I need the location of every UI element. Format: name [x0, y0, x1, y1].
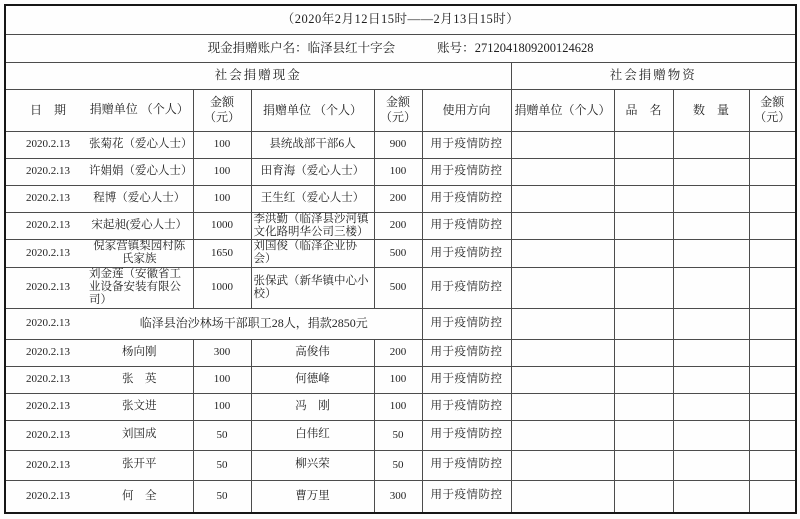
goods-qty-cell — [673, 212, 749, 239]
header-goods-donor: 捐赠单位（个人） — [511, 89, 614, 131]
donor2-cell: 田育海（爱心人士） — [251, 158, 374, 185]
table-row: 2020.2.13宋起昶(爱心人士） 1000 李洪勤（临泽县沙河镇文化路明华公… — [5, 212, 796, 239]
table-row: 2020.2.13倪家营镇梨园村陈氏家族 1650 刘国俊（临泽企业协会） 50… — [5, 239, 796, 267]
donor2-cell: 冯 刚 — [251, 393, 374, 420]
goods-item-cell — [614, 450, 673, 480]
account-name: 临泽县红十字会 — [308, 41, 396, 56]
amount-cell: 1650 — [193, 239, 251, 267]
goods-item-cell — [614, 239, 673, 267]
goods-amount-cell — [749, 450, 796, 480]
goods-qty-cell — [673, 480, 749, 513]
donor: 张菊花（爱心人士） — [88, 138, 191, 151]
table-row: 2020.2.13张开平 50 柳兴荣 50 用于疫情防控 — [5, 450, 796, 480]
donor2-cell: 曹万里 — [251, 480, 374, 513]
date: 2020.2.13 — [8, 219, 88, 232]
header-goods-item: 品 名 — [614, 89, 673, 131]
column-header-row: 日 期 捐赠单位 （个人） 金额 （元） 捐赠单位 （个人） 金额 （元） 使用… — [5, 89, 796, 131]
date: 2020.2.13 — [8, 165, 88, 178]
donor: 张 英 — [88, 373, 191, 386]
usage-cell: 用于疫情防控 — [422, 393, 511, 420]
header-date: 日 期 — [8, 103, 88, 117]
amount2-cell: 100 — [374, 393, 422, 420]
header-usage: 使用方向 — [422, 89, 511, 131]
donor: 刘金莲（安徽省工业设备安装有限公司） — [88, 268, 191, 308]
donor: 程博（爱心人士） — [88, 192, 191, 205]
section-goods-header: 社会捐赠物资 — [511, 62, 796, 89]
goods-amount-cell — [749, 158, 796, 185]
goods-donor-cell — [511, 339, 614, 366]
goods-donor-cell — [511, 239, 614, 267]
goods-item-cell — [614, 267, 673, 308]
usage-cell: 用于疫情防控 — [422, 420, 511, 450]
amount-cell: 1000 — [193, 212, 251, 239]
header-donor: 捐赠单位 （个人） — [88, 103, 191, 117]
merged-donation-row: 2020.2.13 临泽县治沙林场干部职工28人，捐款2850元 用于疫情防控 — [5, 308, 796, 339]
account-name-label: 现金捐赠账户名： — [208, 41, 308, 56]
amount2-cell: 200 — [374, 185, 422, 212]
date-donor-cell: 2020.2.13刘国成 — [5, 420, 193, 450]
amount-cell: 50 — [193, 450, 251, 480]
donor: 倪家营镇梨园村陈氏家族 — [88, 240, 191, 266]
goods-qty-cell — [673, 131, 749, 158]
goods-amount-cell — [749, 212, 796, 239]
donor: 宋起昶(爱心人士） — [88, 219, 191, 232]
goods-amount-cell — [749, 339, 796, 366]
goods-amount-cell — [749, 185, 796, 212]
usage-cell: 用于疫情防控 — [422, 267, 511, 308]
donor: 杨向刚 — [88, 346, 191, 359]
goods-item-cell — [614, 339, 673, 366]
goods-donor-cell — [511, 267, 614, 308]
table-row: 2020.2.13张文进 100 冯 刚 100 用于疫情防控 — [5, 393, 796, 420]
period-row: （2020年2月12日15时——2月13日15时） — [5, 5, 796, 34]
amount-cell: 100 — [193, 158, 251, 185]
date-donor-cell: 2020.2.13张菊花（爱心人士） — [5, 131, 193, 158]
donor2-cell: 白伟红 — [251, 420, 374, 450]
date: 2020.2.13 — [8, 459, 88, 472]
amount-cell: 300 — [193, 339, 251, 366]
goods-amount-cell — [749, 308, 796, 339]
amount-cell: 50 — [193, 480, 251, 513]
goods-item-cell — [614, 158, 673, 185]
amount2-cell: 200 — [374, 212, 422, 239]
date-donor-cell: 2020.2.13许娟娟（爱心人士） — [5, 158, 193, 185]
donor2-cell: 王生红（爱心人士） — [251, 185, 374, 212]
goods-qty-cell — [673, 308, 749, 339]
date: 2020.2.13 — [8, 400, 88, 413]
amount-cell: 100 — [193, 393, 251, 420]
date-donor-cell: 2020.2.13张文进 — [5, 393, 193, 420]
goods-donor-cell — [511, 366, 614, 393]
date: 2020.2.13 — [8, 490, 88, 503]
goods-item-cell — [614, 480, 673, 513]
goods-qty-cell — [673, 420, 749, 450]
goods-qty-cell — [673, 339, 749, 366]
usage-cell: 用于疫情防控 — [422, 366, 511, 393]
goods-donor-cell — [511, 212, 614, 239]
section-header-row: 社会捐赠现金 社会捐赠物资 — [5, 62, 796, 89]
usage-cell: 用于疫情防控 — [422, 239, 511, 267]
date-donor-cell: 2020.2.13程博（爱心人士） — [5, 185, 193, 212]
table-row: 2020.2.13杨向刚 300 高俊伟 200 用于疫情防控 — [5, 339, 796, 366]
date-donor-cell: 2020.2.13宋起昶(爱心人士） — [5, 212, 193, 239]
usage-cell: 用于疫情防控 — [422, 308, 511, 339]
date: 2020.2.13 — [8, 429, 88, 442]
date-donor-cell: 2020.2.13倪家营镇梨园村陈氏家族 — [5, 239, 193, 267]
goods-amount-cell — [749, 131, 796, 158]
amount2-cell: 100 — [374, 158, 422, 185]
goods-qty-cell — [673, 267, 749, 308]
donation-record-page: （2020年2月12日15时——2月13日15时） 现金捐赠账户名：临泽县红十字… — [0, 0, 800, 519]
merged-date-text-cell: 2020.2.13 临泽县治沙林场干部职工28人，捐款2850元 — [5, 308, 422, 339]
amount2-cell: 500 — [374, 267, 422, 308]
amount2-cell: 500 — [374, 239, 422, 267]
account-number-label: 账号： — [437, 41, 475, 56]
date-donor-cell: 2020.2.13何 全 — [5, 480, 193, 513]
table-row: 2020.2.13张菊花（爱心人士） 100 县统战部干部6人 900 用于疫情… — [5, 131, 796, 158]
goods-amount-cell — [749, 239, 796, 267]
amount-cell: 100 — [193, 185, 251, 212]
goods-qty-cell — [673, 393, 749, 420]
account-cell: 现金捐赠账户名：临泽县红十字会账号：2712041809200124628 — [5, 34, 796, 62]
goods-qty-cell — [673, 366, 749, 393]
donor2-cell: 张保武（新华镇中心小校） — [251, 267, 374, 308]
goods-amount-cell — [749, 393, 796, 420]
donor2-cell: 县统战部干部6人 — [251, 131, 374, 158]
header-goods-qty: 数 量 — [673, 89, 749, 131]
header-amount-cash1: 金额 （元） — [193, 89, 251, 131]
goods-qty-cell — [673, 158, 749, 185]
goods-item-cell — [614, 185, 673, 212]
section-cash-header: 社会捐赠现金 — [5, 62, 511, 89]
goods-donor-cell — [511, 185, 614, 212]
goods-donor-cell — [511, 158, 614, 185]
date: 2020.2.13 — [8, 192, 88, 205]
goods-item-cell — [614, 212, 673, 239]
date: 2020.2.13 — [8, 281, 88, 294]
goods-amount-cell — [749, 267, 796, 308]
header-amount-cash2: 金额 （元） — [374, 89, 422, 131]
goods-donor-cell — [511, 450, 614, 480]
amount2-cell: 100 — [374, 366, 422, 393]
amount2-cell: 50 — [374, 420, 422, 450]
date-donor-cell: 2020.2.13刘金莲（安徽省工业设备安装有限公司） — [5, 267, 193, 308]
goods-amount-cell — [749, 420, 796, 450]
usage-cell: 用于疫情防控 — [422, 339, 511, 366]
date: 2020.2.13 — [8, 346, 88, 359]
donor: 张文进 — [88, 400, 191, 413]
goods-item-cell — [614, 308, 673, 339]
date: 2020.2.13 — [8, 138, 88, 151]
amount-cell: 50 — [193, 420, 251, 450]
table-row: 2020.2.13刘金莲（安徽省工业设备安装有限公司） 1000 张保武（新华镇… — [5, 267, 796, 308]
goods-item-cell — [614, 366, 673, 393]
donor2-cell: 柳兴荣 — [251, 450, 374, 480]
date-donor-cell: 2020.2.13杨向刚 — [5, 339, 193, 366]
amount2-cell: 900 — [374, 131, 422, 158]
goods-donor-cell — [511, 131, 614, 158]
table-row: 2020.2.13刘国成 50 白伟红 50 用于疫情防控 — [5, 420, 796, 450]
amount-cell: 100 — [193, 131, 251, 158]
goods-qty-cell — [673, 185, 749, 212]
usage-cell: 用于疫情防控 — [422, 480, 511, 513]
usage-cell: 用于疫情防控 — [422, 158, 511, 185]
goods-donor-cell — [511, 420, 614, 450]
date-donor-cell: 2020.2.13张开平 — [5, 450, 193, 480]
goods-donor-cell — [511, 480, 614, 513]
goods-item-cell — [614, 393, 673, 420]
date-donor-cell: 2020.2.13张 英 — [5, 366, 193, 393]
merged-donation-text: 临泽县治沙林场干部职工28人，捐款2850元 — [88, 317, 420, 331]
date: 2020.2.13 — [8, 247, 88, 260]
donor2-cell: 高俊伟 — [251, 339, 374, 366]
donor2-cell: 何德峰 — [251, 366, 374, 393]
donor: 刘国成 — [88, 428, 191, 441]
donor: 张开平 — [88, 458, 191, 471]
header-goods-amount: 金额 （元） — [749, 89, 796, 131]
header-date-donor: 日 期 捐赠单位 （个人） — [5, 89, 193, 131]
amount-cell: 1000 — [193, 267, 251, 308]
table-row: 2020.2.13许娟娟（爱心人士） 100 田育海（爱心人士） 100 用于疫… — [5, 158, 796, 185]
period-title: （2020年2月12日15时——2月13日15时） — [5, 5, 796, 34]
table-row: 2020.2.13何 全 50 曹万里 300 用于疫情防控 — [5, 480, 796, 513]
goods-amount-cell — [749, 480, 796, 513]
donor2-cell: 刘国俊（临泽企业协会） — [251, 239, 374, 267]
donor2-cell: 李洪勤（临泽县沙河镇文化路明华公司三楼） — [251, 212, 374, 239]
goods-donor-cell — [511, 393, 614, 420]
donor: 何 全 — [88, 490, 191, 503]
usage-cell: 用于疫情防控 — [422, 185, 511, 212]
goods-item-cell — [614, 131, 673, 158]
goods-amount-cell — [749, 366, 796, 393]
donor: 许娟娟（爱心人士） — [88, 165, 191, 178]
date: 2020.2.13 — [8, 317, 88, 330]
goods-donor-cell — [511, 308, 614, 339]
amount2-cell: 200 — [374, 339, 422, 366]
account-row: 现金捐赠账户名：临泽县红十字会账号：2712041809200124628 — [5, 34, 796, 62]
date: 2020.2.13 — [8, 373, 88, 386]
amount2-cell: 50 — [374, 450, 422, 480]
usage-cell: 用于疫情防控 — [422, 131, 511, 158]
amount-cell: 100 — [193, 366, 251, 393]
goods-item-cell — [614, 420, 673, 450]
usage-cell: 用于疫情防控 — [422, 212, 511, 239]
usage-cell: 用于疫情防控 — [422, 450, 511, 480]
goods-qty-cell — [673, 239, 749, 267]
table-row: 2020.2.13程博（爱心人士） 100 王生红（爱心人士） 200 用于疫情… — [5, 185, 796, 212]
goods-qty-cell — [673, 450, 749, 480]
donation-table: （2020年2月12日15时——2月13日15时） 现金捐赠账户名：临泽县红十字… — [4, 4, 797, 514]
header-donor2: 捐赠单位 （个人） — [251, 89, 374, 131]
table-row: 2020.2.13张 英 100 何德峰 100 用于疫情防控 — [5, 366, 796, 393]
amount2-cell: 300 — [374, 480, 422, 513]
account-number: 2712041809200124628 — [475, 41, 594, 56]
